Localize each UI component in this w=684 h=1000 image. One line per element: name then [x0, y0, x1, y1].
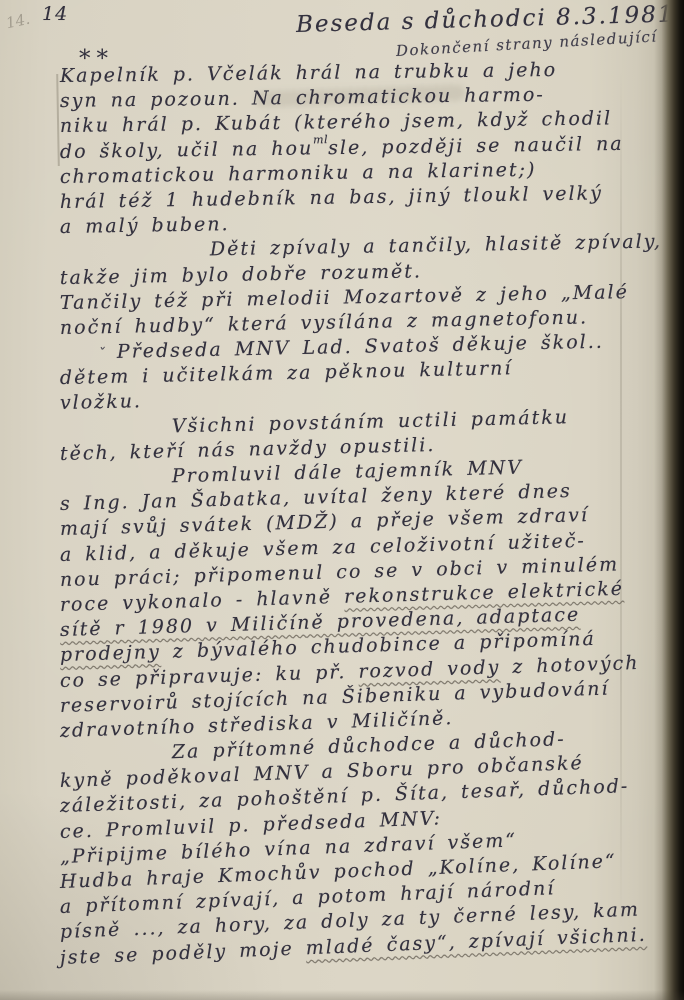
- pencil-underlined-text: rozvod vody: [358, 656, 501, 682]
- scanned-chronicle-page: 14. 14 Beseda s důchodci 8.3.1981 Dokonč…: [0, 0, 684, 1000]
- bottom-edge-shadow: [0, 990, 684, 1000]
- handwritten-text: vložku.: [60, 391, 143, 415]
- handwritten-text: a malý buben.: [60, 213, 230, 238]
- manuscript-text: Kapelník p. Včelák hrál na trubku a jeho…: [60, 64, 620, 971]
- page-number: 14: [42, 3, 68, 25]
- pencil-underlined-text: prodejny: [60, 641, 162, 666]
- book-edge-shadow: [654, 0, 684, 1000]
- handwritten-text: sle, později se naučil na: [328, 132, 624, 158]
- page-number-pencil: 14.: [4, 10, 31, 33]
- superscript-insertion: ml: [313, 133, 328, 146]
- page-crease-line: [620, 70, 622, 930]
- insertion-caret-mark: ˇ: [98, 346, 107, 362]
- handwritten-text: z hotových: [500, 651, 640, 677]
- handwritten-text: do školy, učil na hou: [60, 137, 314, 163]
